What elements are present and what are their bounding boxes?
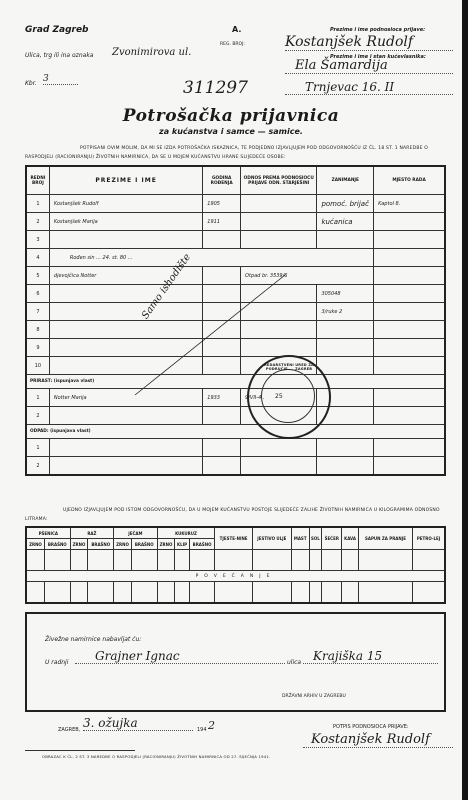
col-sapun: SAPUN ZA PRANJE: [358, 527, 412, 550]
relation: [241, 457, 317, 476]
row-number: 4: [26, 249, 49, 267]
workplace: [374, 439, 445, 457]
house-no-value: 3: [43, 74, 78, 85]
table-row: 3: [26, 231, 445, 249]
table-row: 2 Kostanjšek Marija 1911 kućanica: [26, 213, 445, 231]
value-cell: [322, 582, 342, 604]
table-row: 4 Rođen sin ... 24. st. 80 ...: [26, 249, 445, 267]
occupation: [317, 339, 374, 357]
shop-label: U radnji: [45, 659, 68, 666]
value-cell: [215, 550, 252, 571]
group-raz: RAŽ: [70, 527, 113, 539]
col-jestivo-ulje: JESTIVO ULJE: [252, 527, 291, 550]
group-kukuruz: KUKURUZ: [157, 527, 215, 539]
value-cell: [70, 582, 88, 604]
col-name: PREZIME I IME: [49, 166, 202, 195]
odpad-section-header: ODPAD: (ispunjava vlast): [26, 425, 445, 439]
official-stamp: REDARSTVENI URED ZA PODRUČJE ... ZAGREB …: [247, 355, 331, 439]
workplace: [374, 339, 445, 357]
table-row: 2: [26, 407, 445, 425]
occupation: kućanica: [317, 213, 374, 231]
col-ordinal: REDNI BROJ: [26, 166, 49, 195]
value-cell: [175, 582, 189, 604]
person-name: [49, 457, 202, 476]
applicant-label: Prezime i ime podnosioca prijave:: [330, 27, 425, 33]
row-number: 1: [26, 389, 49, 407]
birth-year: 1905: [203, 195, 241, 213]
relation: [241, 439, 317, 457]
supplies-values-row: [26, 550, 445, 571]
row-number: 9: [26, 339, 49, 357]
workplace: [374, 213, 445, 231]
workplace: [374, 389, 445, 407]
footnote-divider: [25, 750, 135, 751]
city-label: Grad Zagreb: [25, 25, 89, 35]
owner-value: Ela Šamardija: [285, 58, 453, 74]
col-birth-year: GODINA ROĐENJA: [203, 166, 241, 195]
occupation: [317, 457, 374, 476]
supplies-group-header: PŠENICA RAŽ JEČAM KUKURUZ TJESTE-NINE JE…: [26, 527, 445, 539]
occupation: [317, 357, 374, 375]
annotation-note: 3/ruke 2: [317, 303, 374, 321]
value-cell: [309, 582, 322, 604]
row-number: 1: [26, 439, 49, 457]
relation: [241, 213, 317, 231]
birth-year: [203, 231, 241, 249]
workplace: [374, 321, 445, 339]
archive-stamp: DRŽAVNI ARHIV U ZAGREBU: [282, 694, 346, 699]
increase-label: POVEĆANJE: [26, 571, 445, 582]
year-suffix: 2: [208, 719, 215, 732]
shop-street-label: ulica: [287, 659, 301, 666]
col-kava: KAVA: [342, 527, 359, 550]
shop-box: Živežne namirnice nabavljat ću: U radnji…: [25, 612, 446, 712]
birth-year: 1911: [203, 213, 241, 231]
year-prefix: 194: [197, 727, 207, 733]
row-number: 6: [26, 285, 49, 303]
owner-address: Trnjevac 16. II: [285, 80, 453, 95]
form-subtitle: za kućanstva i samce — samice.: [0, 127, 462, 136]
person-name: Kostanjšek Rudolf: [49, 195, 202, 213]
workplace: [374, 303, 445, 321]
sub-zrno: ZRNO: [26, 539, 44, 550]
value-cell: [189, 550, 215, 571]
signature-value: Kostanjšek Rudolf: [303, 732, 453, 748]
value-cell: [215, 582, 252, 604]
col-workplace: MJESTO RADA: [374, 166, 445, 195]
col-mast: MAST: [291, 527, 309, 550]
workplace: [374, 231, 445, 249]
street-value: Zvonimirova ul.: [112, 47, 191, 58]
occupation: [317, 321, 374, 339]
row-number: 2: [26, 407, 49, 425]
col-occupation: ZANIMANJE: [317, 166, 374, 195]
sub-zrno: ZRNO: [114, 539, 132, 550]
form-note: OBRAZAC K ČL. 2 ST. 3 NAREDBE O RASPODJE…: [42, 754, 270, 759]
house-no-label: Kbr.: [25, 80, 37, 87]
value-cell: [114, 550, 132, 571]
person-name: [49, 439, 202, 457]
row-number: 7: [26, 303, 49, 321]
col-secer: ŠEĆER: [322, 527, 342, 550]
shop-street-value: Krajiška 15: [303, 649, 438, 664]
document-page: Grad Zagreb A. REG. BROJ: Ulica, trg ili…: [0, 0, 462, 800]
value-cell: [114, 582, 132, 604]
annotation-birth: Rođen sin ... 24. st. 80 ...: [49, 249, 373, 267]
relation: [241, 231, 317, 249]
value-cell: [252, 582, 291, 604]
sub-brasno: BRAŠNO: [44, 539, 70, 550]
annotation-number: 305048: [317, 285, 374, 303]
value-cell: [44, 582, 70, 604]
signature-label: POTPIS PODNOSIOCA PRIJAVE:: [333, 724, 409, 730]
row-number: 2: [26, 457, 49, 476]
value-cell: [322, 550, 342, 571]
form-title: Potrošačka prijavnica: [0, 106, 462, 126]
value-cell: [358, 550, 412, 571]
scan-edge: [462, 0, 468, 800]
col-petrolej: PETRO-LEJ: [413, 527, 445, 550]
increase-header-row: POVEĆANJE: [26, 571, 445, 582]
person-name: [49, 231, 202, 249]
col-sol: SOL: [309, 527, 322, 550]
reg-number: 311297: [183, 78, 248, 98]
value-cell: [342, 582, 359, 604]
birth-year: [203, 457, 241, 476]
value-cell: [44, 550, 70, 571]
row-number: 10: [26, 357, 49, 375]
row-number: 3: [26, 231, 49, 249]
table-row: 2: [26, 457, 445, 476]
value-cell: [131, 582, 157, 604]
value-cell: [358, 582, 412, 604]
sub-brasno: BRAŠNO: [189, 539, 215, 550]
declaration-text: POTPISANI OVIM MOLIM, DA MI SE IZDA POTR…: [25, 144, 453, 162]
odpad-label: ODPAD: (ispunjava vlast): [26, 425, 445, 439]
supplies-table: PŠENICA RAŽ JEČAM KUKURUZ TJESTE-NINE JE…: [25, 526, 446, 604]
col-tjestenine: TJESTE-NINE: [215, 527, 252, 550]
value-cell: [252, 550, 291, 571]
persons-table-header: REDNI BROJ PREZIME I IME GODINA ROĐENJA …: [26, 166, 445, 195]
form-letter: A.: [232, 25, 241, 34]
workplace: [374, 267, 445, 285]
increase-values-row: [26, 582, 445, 604]
group-psenica: PŠENICA: [26, 527, 70, 539]
workplace: Kaptol 8.: [374, 195, 445, 213]
sub-brasno: BRAŠNO: [88, 539, 114, 550]
sub-zrno: ZRNO: [157, 539, 175, 550]
value-cell: [291, 550, 309, 571]
value-cell: [88, 550, 114, 571]
group-jecam: JEČAM: [114, 527, 157, 539]
value-cell: [88, 582, 114, 604]
shop-value: Grajner Ignac: [75, 649, 285, 664]
value-cell: [157, 582, 175, 604]
workplace: [374, 407, 445, 425]
value-cell: [413, 550, 445, 571]
sub-brasno: BRAŠNO: [131, 539, 157, 550]
stamp-date: 25: [275, 393, 283, 400]
place-label: ZAGREB,: [58, 727, 80, 733]
sub-zrno: ZRNO: [70, 539, 88, 550]
row-number: 5: [26, 267, 49, 285]
workplace: [374, 249, 445, 267]
applicant-value: Kostanjšek Rudolf: [285, 34, 453, 51]
value-cell: [26, 550, 44, 571]
row-number: 2: [26, 213, 49, 231]
birth-year: [203, 439, 241, 457]
occupation: [317, 439, 374, 457]
value-cell: [131, 550, 157, 571]
occupation: pomoć. brijač: [317, 195, 374, 213]
sub-klip: KLIP: [175, 539, 189, 550]
value-cell: [342, 550, 359, 571]
table-row: 1 Kostanjšek Rudolf 1905 pomoć. brijač K…: [26, 195, 445, 213]
supplies-intro: UJEDNO IZJAVLJUJEM POD ISTOM ODGOVORNOŠĆ…: [25, 506, 453, 524]
row-number: 1: [26, 195, 49, 213]
relation: [241, 195, 317, 213]
date-value: 3. ožujka: [83, 716, 193, 731]
street-label: Ulica, trg ili ina oznaka: [25, 52, 93, 59]
stamp-text: REDARSTVENI URED ZA PODRUČJE ... ZAGREB: [257, 363, 321, 371]
value-cell: [189, 582, 215, 604]
birth-year: [203, 407, 241, 425]
person-name: [49, 407, 202, 425]
reg-label: REG. BROJ:: [220, 42, 245, 47]
person-name: Kostanjšek Marija: [49, 213, 202, 231]
value-cell: [309, 550, 322, 571]
value-cell: [157, 550, 175, 571]
workplace: [374, 285, 445, 303]
value-cell: [175, 550, 189, 571]
workplace: [374, 357, 445, 375]
value-cell: [291, 582, 309, 604]
table-row: 1: [26, 439, 445, 457]
workplace: [374, 457, 445, 476]
shop-intro: Živežne namirnice nabavljat ću:: [45, 636, 141, 643]
value-cell: [413, 582, 445, 604]
occupation: [317, 231, 374, 249]
value-cell: [26, 582, 44, 604]
col-relation: ODNOS PREMA PODNOSIOCU PRIJAVE ODN. STAR…: [241, 166, 317, 195]
value-cell: [70, 550, 88, 571]
stamp-crest: [261, 369, 315, 423]
row-number: 8: [26, 321, 49, 339]
